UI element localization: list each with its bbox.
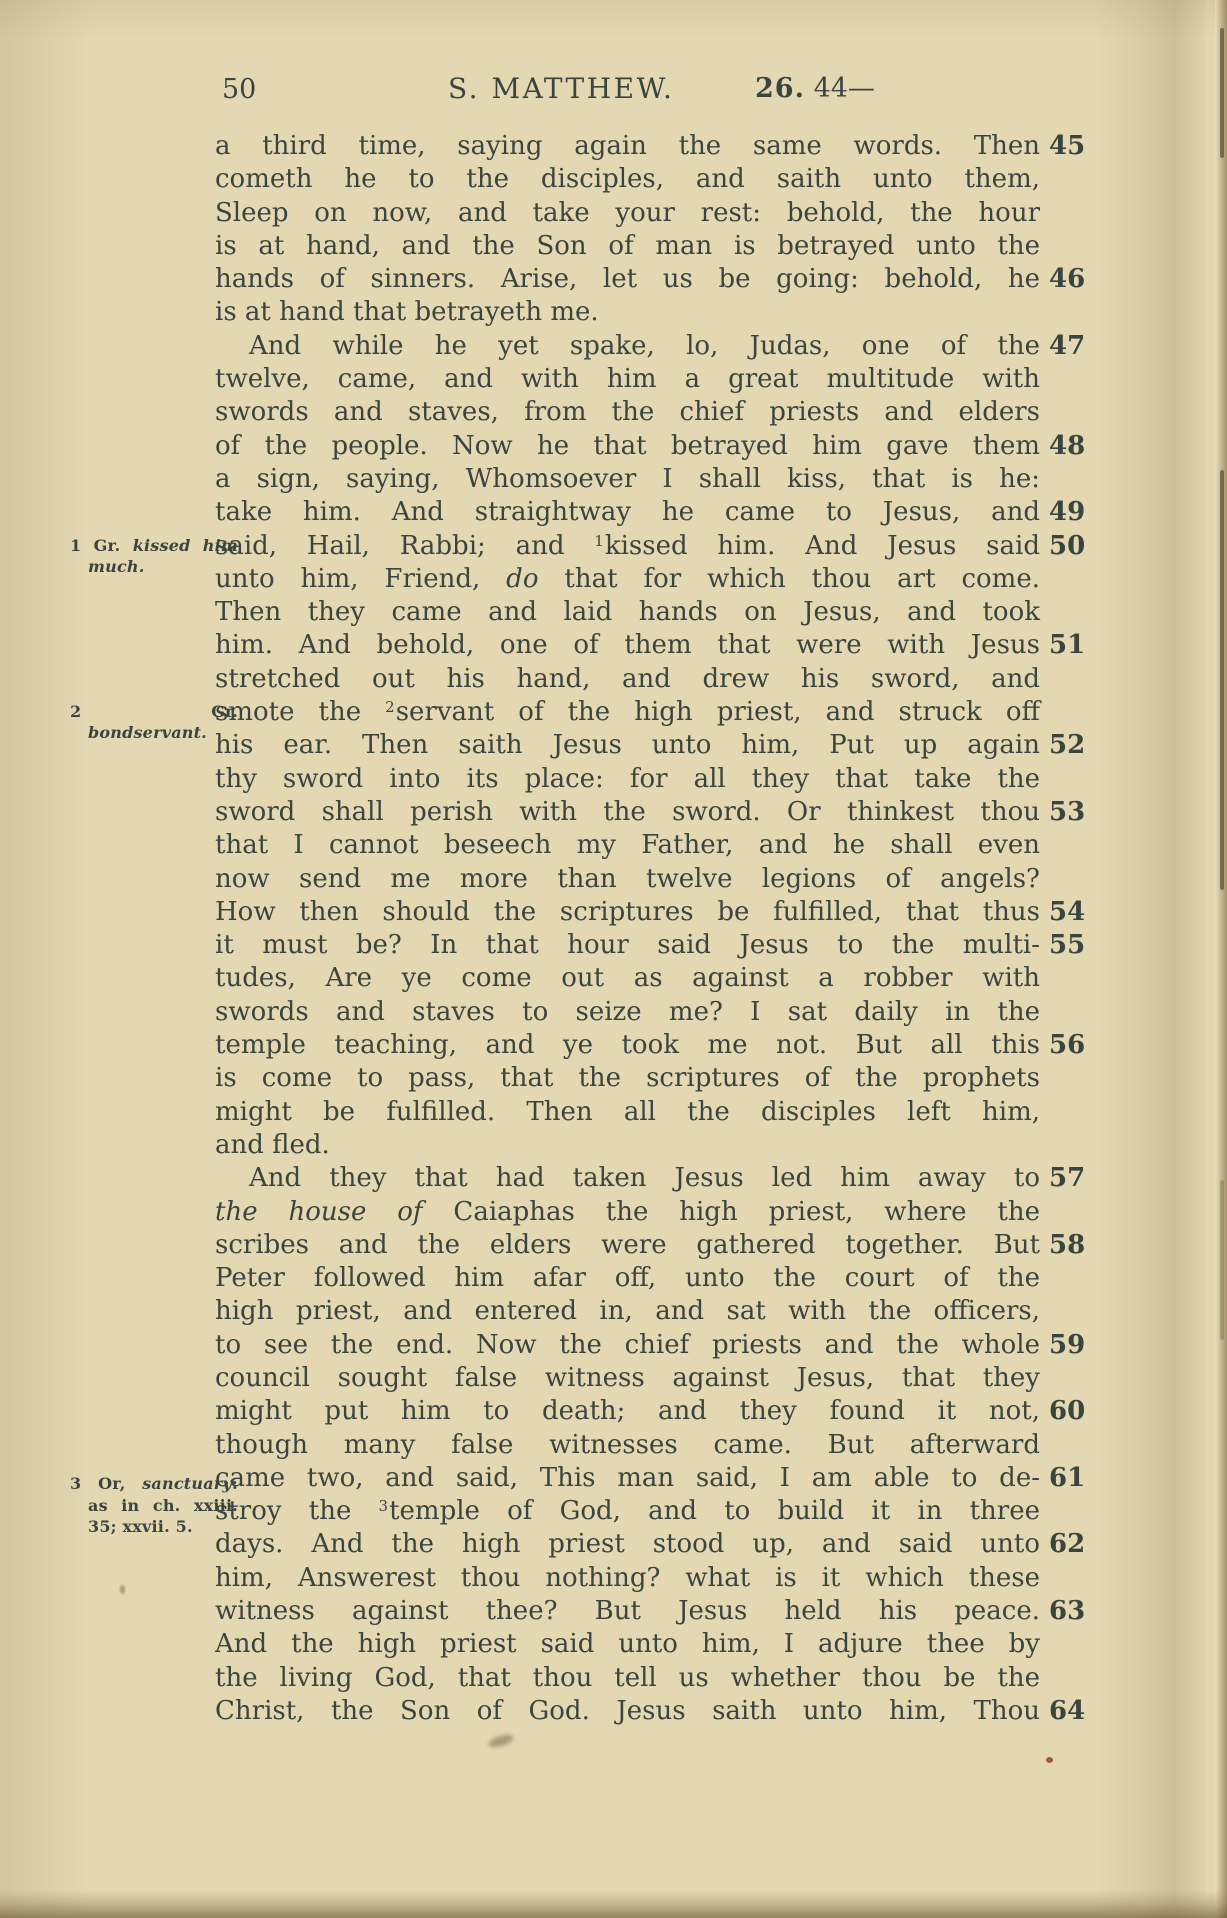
line-text: smote the 2servant of the high priest, a… — [215, 696, 1040, 729]
footnote-reference: 3 — [379, 1497, 389, 1515]
line-text: hands of sinners. Arise, let us be going… — [215, 263, 1040, 296]
verse-number: 62 — [1049, 1528, 1109, 1561]
footnote-reference: 1 — [594, 532, 604, 550]
verse-line: sword shall perish with the sword. Or th… — [215, 796, 1040, 829]
text-segment: of the people. Now he that betrayed him … — [215, 431, 1040, 461]
text-segment: him, Answerest thou nothing? what is it … — [215, 1563, 1040, 1593]
page-edge-line — [1220, 470, 1224, 890]
footnote-reference: 2 — [385, 698, 395, 716]
verse-line: days. And the high priest stood up, and … — [215, 1528, 1040, 1561]
text-segment: now send me more than twelve legions of … — [215, 864, 1040, 894]
verse-line: Christ, the Son of God. Jesus saith unto… — [215, 1695, 1040, 1728]
text-segment: stroy the — [215, 1496, 379, 1526]
page-number: 50 — [222, 74, 256, 105]
paragraph: And while he yet spake, lo, Judas, one o… — [215, 330, 1040, 1162]
paragraph: a third time, saying again the same word… — [215, 130, 1040, 330]
verse-line: Sleep on now, and take your rest: behold… — [215, 197, 1040, 230]
text-segment: said, Hail, Rabbi; and — [215, 531, 594, 561]
line-text: is come to pass, that the scriptures of … — [215, 1062, 1040, 1095]
page-edge-line — [1220, 1180, 1224, 1340]
verse-number: 45 — [1049, 130, 1109, 163]
line-text: the living God, that thou tell us whethe… — [215, 1662, 1040, 1695]
verse-number: 51 — [1049, 629, 1109, 662]
line-text: him. And behold, one of them that were w… — [215, 629, 1040, 662]
verse-line: it must be? In that hour said Jesus to t… — [215, 929, 1040, 962]
line-text: it must be? In that hour said Jesus to t… — [215, 929, 1040, 962]
verse-line: How then should the scriptures be fulfil… — [215, 896, 1040, 929]
line-text: council sought false witness against Jes… — [215, 1362, 1040, 1395]
foxing-spot — [120, 1585, 125, 1594]
line-text: his ear. Then saith Jesus unto him, Put … — [215, 729, 1040, 762]
line-text: high priest, and entered in, and sat wit… — [215, 1295, 1040, 1328]
verse-line: unto him, Friend, do that for which thou… — [215, 563, 1040, 596]
text-segment: that for which thou art come. — [538, 564, 1040, 594]
text-segment: that I cannot beseech my Father, and he … — [215, 830, 1040, 860]
paper-smudge — [487, 1732, 515, 1750]
page-edge-right — [1215, 0, 1227, 1918]
line-text: the house of Caiaphas the high priest, w… — [215, 1196, 1040, 1229]
text-segment: is come to pass, that the scriptures of … — [215, 1063, 1040, 1093]
text-segment: Christ, the Son of God. Jesus saith unto… — [215, 1696, 1040, 1726]
text-segment: it must be? In that hour said Jesus to t… — [215, 930, 1040, 960]
margin-note: 2 Gr. bondservant. — [70, 702, 238, 743]
text-segment: is at hand that betrayeth me. — [215, 297, 599, 327]
verse-number: 54 — [1049, 896, 1109, 929]
text-segment: to see the end. Now the chief priests an… — [215, 1330, 1040, 1360]
paper-shading-left — [0, 0, 90, 1918]
verse-line: witness against thee? But Jesus held his… — [215, 1595, 1040, 1628]
verse-range-start: 44— — [814, 73, 875, 104]
verse-line: now send me more than twelve legions of … — [215, 863, 1040, 896]
verse-line: Then they came and laid hands on Jesus, … — [215, 596, 1040, 629]
verse-line: and fled. — [215, 1129, 1040, 1162]
verse-line: scribes and the elders were gathered tog… — [215, 1229, 1040, 1262]
text-segment: him. And behold, one of them that were w… — [215, 630, 1040, 660]
verse-number: 55 — [1049, 929, 1109, 962]
line-text: now send me more than twelve legions of … — [215, 863, 1040, 896]
verse-line: council sought false witness against Jes… — [215, 1362, 1040, 1395]
text-column: a third time, saying again the same word… — [215, 130, 1040, 1728]
line-text: is at hand, and the Son of man is betray… — [215, 230, 1040, 263]
line-text: stretched out his hand, and drew his swo… — [215, 663, 1040, 696]
text-segment: high priest, and entered in, and sat wit… — [215, 1296, 1040, 1326]
line-text: days. And the high priest stood up, and … — [215, 1528, 1040, 1561]
text-segment: Sleep on now, and take your rest: behold… — [215, 198, 1040, 228]
verse-line: twelve, came, and with him a great multi… — [215, 363, 1040, 396]
verse-line: cometh he to the disciples, and saith un… — [215, 163, 1040, 196]
text-segment: swords and staves to seize me? I sat dai… — [215, 997, 1040, 1027]
verse-line: his ear. Then saith Jesus unto him, Put … — [215, 729, 1040, 762]
text-segment: hands of sinners. Arise, let us be going… — [215, 264, 1040, 294]
verse-line: swords and staves, from the chief priest… — [215, 396, 1040, 429]
book-page: 50 S. MATTHEW. 26. 44— 1 Gr. kissed him … — [0, 0, 1227, 1918]
text-segment: 3 Or, — [70, 1474, 142, 1493]
line-text: And the high priest said unto him, I adj… — [215, 1628, 1040, 1661]
text-segment: might be fulfilled. Then all the discipl… — [215, 1097, 1040, 1127]
text-segment: smote the — [215, 697, 385, 727]
margin-note: 3 Or, sanctuary: as in ch. xxiii. 35; xx… — [70, 1473, 238, 1538]
verse-line: thy sword into its place: for all they t… — [215, 763, 1040, 796]
text-segment: bondservant. — [88, 723, 207, 742]
line-text: a third time, saying again the same word… — [215, 130, 1040, 163]
text-segment: a third time, saying again the same word… — [215, 131, 1040, 161]
ink-speck — [1046, 1757, 1053, 1763]
verse-line: is at hand that betrayeth me. — [215, 296, 1040, 329]
text-segment: might put him to death; and they found i… — [215, 1396, 1040, 1426]
text-segment: take him. And straightway he came to Jes… — [215, 497, 1040, 527]
text-segment: 2 Gr. — [70, 702, 238, 721]
text-segment: Then they came and laid hands on Jesus, … — [215, 597, 1040, 627]
verse-line: the living God, that thou tell us whethe… — [215, 1662, 1040, 1695]
verse-number: 60 — [1049, 1395, 1109, 1428]
verse-line: said, Hail, Rabbi; and 1kissed him. And … — [215, 530, 1040, 563]
text-segment: temple of God, and to build it in three — [389, 1496, 1040, 1526]
verse-number: 57 — [1049, 1162, 1109, 1195]
text-segment: swords and staves, from the chief priest… — [215, 397, 1040, 427]
verse-line: Peter followed him afar off, unto the co… — [215, 1262, 1040, 1295]
line-text: stroy the 3temple of God, and to build i… — [215, 1495, 1040, 1528]
verse-line: though many false witnesses came. But af… — [215, 1429, 1040, 1462]
verse-line: of the people. Now he that betrayed him … — [215, 430, 1040, 463]
verse-line: temple teaching, and ye took me not. But… — [215, 1029, 1040, 1062]
verse-number: 56 — [1049, 1029, 1109, 1062]
text-segment: servant of the high priest, and struck o… — [396, 697, 1040, 727]
text-segment: And while he yet spake, lo, Judas, one o… — [249, 331, 1040, 361]
text-segment: unto him, Friend, — [215, 564, 506, 594]
verse-line: And while he yet spake, lo, Judas, one o… — [215, 330, 1040, 363]
line-text: Sleep on now, and take your rest: behold… — [215, 197, 1040, 230]
verse-line: swords and staves to seize me? I sat dai… — [215, 996, 1040, 1029]
line-text: thy sword into its place: for all they t… — [215, 763, 1040, 796]
line-text: sword shall perish with the sword. Or th… — [215, 796, 1040, 829]
verse-line: And they that had taken Jesus led him aw… — [215, 1162, 1040, 1195]
text-segment: 1 Gr. — [70, 536, 133, 555]
text-segment: council sought false witness against Jes… — [215, 1363, 1040, 1393]
chapter-number: 26. — [755, 73, 805, 104]
text-segment: scribes and the elders were gathered tog… — [215, 1230, 1040, 1260]
line-text: Peter followed him afar off, unto the co… — [215, 1262, 1040, 1295]
book-title: S. MATTHEW. — [448, 72, 674, 105]
verse-line: him, Answerest thou nothing? what is it … — [215, 1562, 1040, 1595]
verse-number: 63 — [1049, 1595, 1109, 1628]
verse-line: a third time, saying again the same word… — [215, 130, 1040, 163]
line-text: said, Hail, Rabbi; and 1kissed him. And … — [215, 530, 1040, 563]
line-text: though many false witnesses came. But af… — [215, 1429, 1040, 1462]
text-segment: And the high priest said unto him, I adj… — [215, 1629, 1040, 1659]
verse-line: stroy the 3temple of God, and to build i… — [215, 1495, 1040, 1528]
line-text: might be fulfilled. Then all the discipl… — [215, 1096, 1040, 1129]
page-edge-bottom — [0, 1890, 1227, 1918]
verse-line: might be fulfilled. Then all the discipl… — [215, 1096, 1040, 1129]
line-text: a sign, saying, Whomsoever I shall kiss,… — [215, 463, 1040, 496]
verse-line: might put him to death; and they found i… — [215, 1395, 1040, 1428]
text-segment: a sign, saying, Whomsoever I shall kiss,… — [215, 464, 1040, 494]
line-text: take him. And straightway he came to Jes… — [215, 496, 1040, 529]
margin-note: 1 Gr. kissed him much. — [70, 536, 238, 577]
line-text: swords and staves to seize me? I sat dai… — [215, 996, 1040, 1029]
verse-number: 48 — [1049, 430, 1109, 463]
verse-number: 52 — [1049, 729, 1109, 762]
text-segment: witness against thee? But Jesus held his… — [215, 1596, 1040, 1626]
line-text: Then they came and laid hands on Jesus, … — [215, 596, 1040, 629]
verse-line: hands of sinners. Arise, let us be going… — [215, 263, 1040, 296]
line-text: Christ, the Son of God. Jesus saith unto… — [215, 1695, 1040, 1728]
verse-number: 50 — [1049, 530, 1109, 563]
verse-line: to see the end. Now the chief priests an… — [215, 1329, 1040, 1362]
text-segment: thy sword into its place: for all they t… — [215, 764, 1040, 794]
verse-line: is at hand, and the Son of man is betray… — [215, 230, 1040, 263]
text-segment: do — [506, 564, 538, 594]
verse-number: 64 — [1049, 1695, 1109, 1728]
verse-number: 61 — [1049, 1462, 1109, 1495]
line-text: and fled. — [215, 1129, 1040, 1162]
verse-line: that I cannot beseech my Father, and he … — [215, 829, 1040, 862]
text-segment: cometh he to the disciples, and saith un… — [215, 164, 1040, 194]
text-segment: stretched out his hand, and drew his swo… — [215, 664, 1040, 694]
line-text: of the people. Now he that betrayed him … — [215, 430, 1040, 463]
verse-line: him. And behold, one of them that were w… — [215, 629, 1040, 662]
page-header: 50 S. MATTHEW. 26. 44— — [0, 0, 1227, 120]
verse-number: 46 — [1049, 263, 1109, 296]
verse-line: take him. And straightway he came to Jes… — [215, 496, 1040, 529]
line-text: temple teaching, and ye took me not. But… — [215, 1029, 1040, 1062]
line-text: witness against thee? But Jesus held his… — [215, 1595, 1040, 1628]
line-text: is at hand that betrayeth me. — [215, 296, 1040, 329]
text-segment: the house of — [215, 1197, 423, 1227]
text-segment: and fled. — [215, 1130, 330, 1160]
text-segment: came two, and said, This man said, I am … — [215, 1463, 1040, 1493]
text-segment: twelve, came, and with him a great multi… — [215, 364, 1040, 394]
line-text: And while he yet spake, lo, Judas, one o… — [215, 330, 1040, 363]
text-segment: his ear. Then saith Jesus unto him, Put … — [215, 730, 1040, 760]
text-segment: tudes, Are ye come out as against a robb… — [215, 963, 1040, 993]
line-text: swords and staves, from the chief priest… — [215, 396, 1040, 429]
text-segment: temple teaching, and ye took me not. But… — [215, 1030, 1040, 1060]
verse-number: 47 — [1049, 330, 1109, 363]
verse-line: the house of Caiaphas the high priest, w… — [215, 1196, 1040, 1229]
verse-line: tudes, Are ye come out as against a robb… — [215, 962, 1040, 995]
text-segment: is at hand, and the Son of man is betray… — [215, 231, 1040, 261]
page-curvature-shadow — [1095, 0, 1205, 1918]
text-segment: Peter followed him afar off, unto the co… — [215, 1263, 1040, 1293]
verse-line: stretched out his hand, and drew his swo… — [215, 663, 1040, 696]
text-segment: How then should the scriptures be fulfil… — [215, 897, 1040, 927]
verse-number: 49 — [1049, 496, 1109, 529]
line-text: cometh he to the disciples, and saith un… — [215, 163, 1040, 196]
line-text: tudes, Are ye come out as against a robb… — [215, 962, 1040, 995]
verse-line: came two, and said, This man said, I am … — [215, 1462, 1040, 1495]
line-text: came two, and said, This man said, I am … — [215, 1462, 1040, 1495]
paragraph: And they that had taken Jesus led him aw… — [215, 1162, 1040, 1728]
text-segment: And they that had taken Jesus led him aw… — [249, 1163, 1040, 1193]
line-text: that I cannot beseech my Father, and he … — [215, 829, 1040, 862]
verse-line: And the high priest said unto him, I adj… — [215, 1628, 1040, 1661]
verse-number: 53 — [1049, 796, 1109, 829]
verse-line: is come to pass, that the scriptures of … — [215, 1062, 1040, 1095]
verse-line: a sign, saying, Whomsoever I shall kiss,… — [215, 463, 1040, 496]
line-text: And they that had taken Jesus led him aw… — [215, 1162, 1040, 1195]
text-segment: days. And the high priest stood up, and … — [215, 1529, 1040, 1559]
text-segment: the living God, that thou tell us whethe… — [215, 1663, 1040, 1693]
text-segment: kissed him. And Jesus said — [605, 531, 1040, 561]
text-segment: Caiaphas the high priest, where the — [423, 1197, 1040, 1227]
line-text: twelve, came, and with him a great multi… — [215, 363, 1040, 396]
line-text: How then should the scriptures be fulfil… — [215, 896, 1040, 929]
verse-number: 59 — [1049, 1329, 1109, 1362]
running-verse-reference: 26. 44— — [755, 73, 875, 104]
text-segment: though many false witnesses came. But af… — [215, 1430, 1040, 1460]
text-segment: sword shall perish with the sword. Or th… — [215, 797, 1040, 827]
line-text: unto him, Friend, do that for which thou… — [215, 563, 1040, 596]
line-text: to see the end. Now the chief priests an… — [215, 1329, 1040, 1362]
verse-number: 58 — [1049, 1229, 1109, 1262]
line-text: scribes and the elders were gathered tog… — [215, 1229, 1040, 1262]
line-text: him, Answerest thou nothing? what is it … — [215, 1562, 1040, 1595]
verse-line: smote the 2servant of the high priest, a… — [215, 696, 1040, 729]
verse-line: high priest, and entered in, and sat wit… — [215, 1295, 1040, 1328]
line-text: might put him to death; and they found i… — [215, 1395, 1040, 1428]
